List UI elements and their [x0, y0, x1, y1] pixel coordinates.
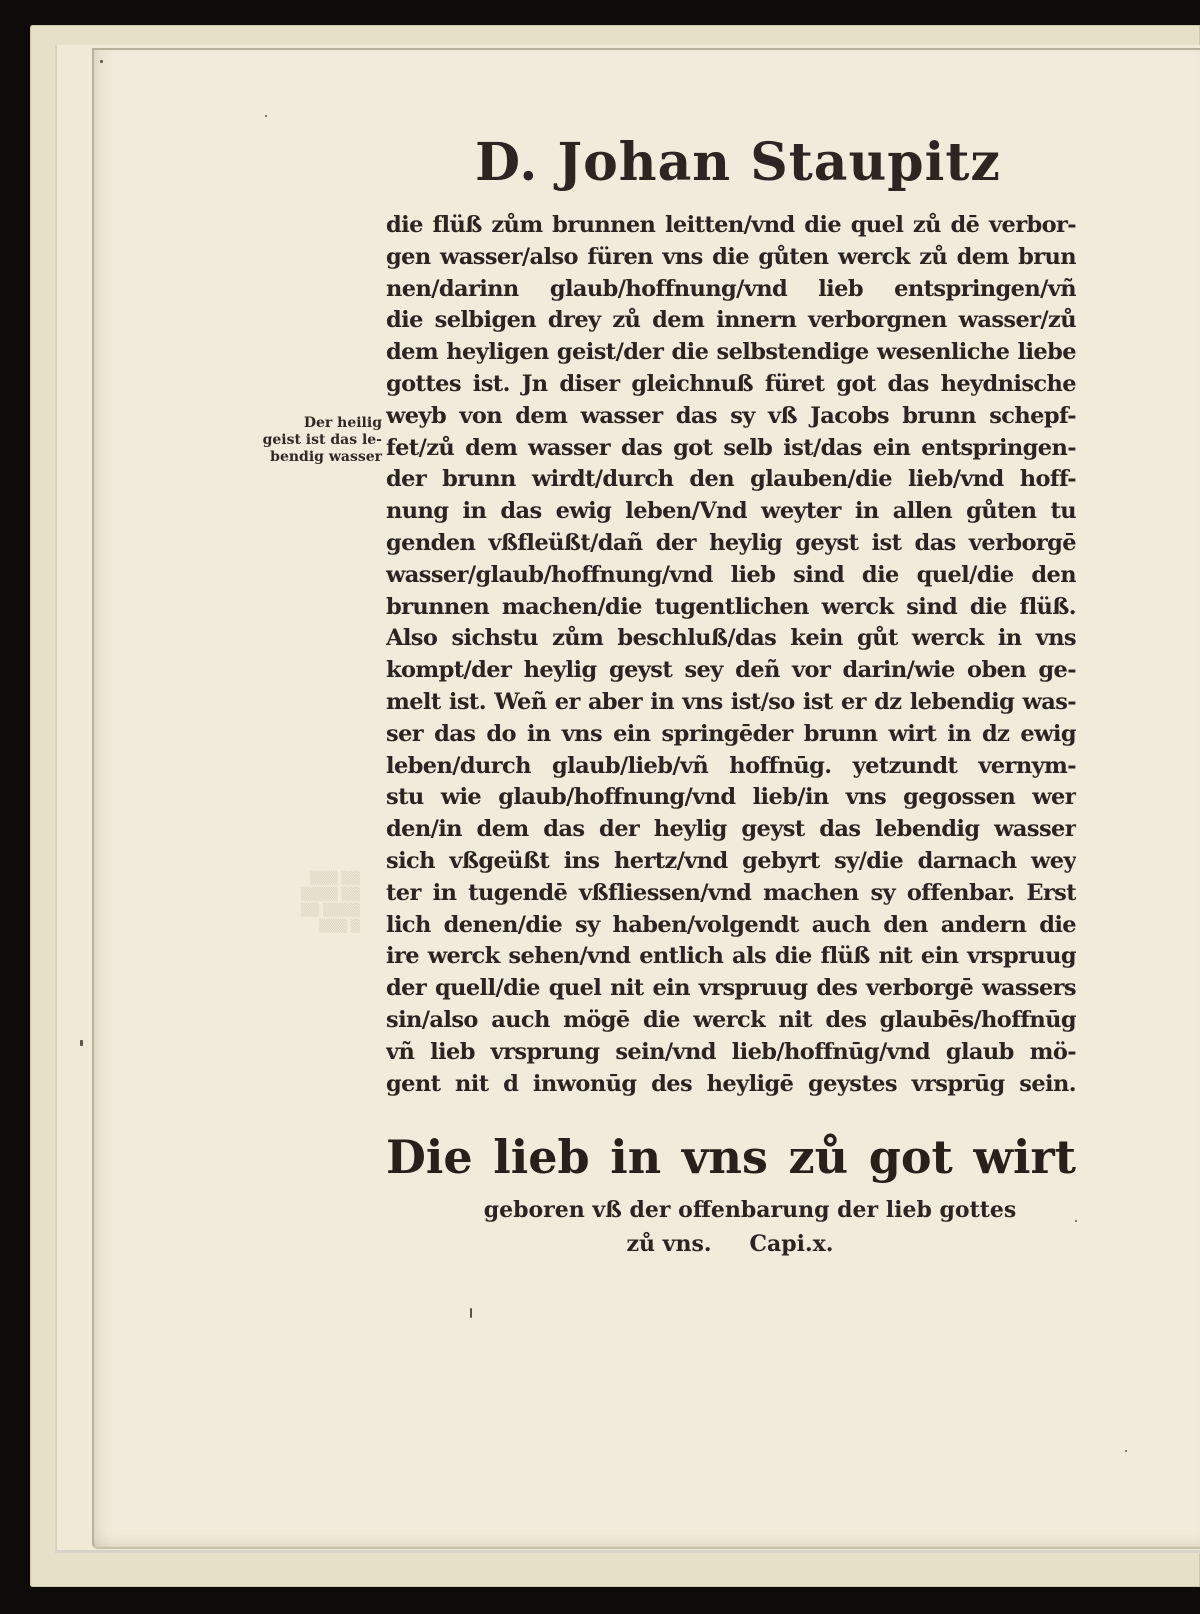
- text-line: den/in dem das der heylig geyst das lebe…: [386, 814, 1076, 846]
- text-line: weyb von dem wasser das sy vß Jacobs bru…: [386, 401, 1076, 433]
- text-line: ter in tugendē vßfliessen/vnd machen sy …: [386, 878, 1076, 910]
- text-line: dem heyligen geist/der die selbstendige …: [386, 337, 1076, 369]
- bleed-through-text: ▒▒▒ ▒▒▒▒▒▒ ▒▒▒▒ ▒▒▒▒▒▒▒ ▒: [250, 870, 360, 934]
- text-line: gent nit d inwonūg des heyligē geystes v…: [386, 1069, 1076, 1101]
- text-line: gottes ist. Jn diser gleichnuß füret got…: [386, 369, 1076, 401]
- text-line: kompt/der heylig geyst sey deñ vor darin…: [386, 655, 1076, 687]
- text-line: die selbigen drey zů dem innern verborgn…: [386, 305, 1076, 337]
- text-line: sich vßgeüßt ins hertz/vnd gebyrt sy/die…: [386, 846, 1076, 878]
- paper-speck: [265, 115, 267, 117]
- text-line: gen wasser/also füren vns die gůten werc…: [386, 242, 1076, 274]
- text-line: der quell/die quel nit ein vrspruug des …: [386, 973, 1076, 1005]
- text-line: nen/darinn glaub/hoffnung/vnd lieb entsp…: [386, 274, 1076, 306]
- text-line: nung in das ewig leben/Vnd weyter in all…: [386, 496, 1076, 528]
- text-line: leben/durch glaub/lieb/vñ hoffnūg. yetzu…: [386, 751, 1076, 783]
- marginal-note-line: bendig wasser: [232, 449, 382, 466]
- marginal-note: Der heilig geist ist das le- bendig wass…: [232, 415, 382, 466]
- marginal-note-line: Der heilig: [232, 415, 382, 432]
- text-line: lich denen/die sy haben/volgendt auch de…: [386, 910, 1076, 942]
- chapter-subtitle-line-2: zů vns.Capi.x.: [430, 1227, 1030, 1261]
- text-line: stu wie glaub/hoffnung/vnd lieb/in vns g…: [386, 782, 1076, 814]
- text-line: fet/zů dem wasser das got selb ist/das e…: [386, 433, 1076, 465]
- text-line: ire werck sehen/vnd entlich als die flüß…: [386, 941, 1076, 973]
- text-line: sin/also auch mögē die werck nit des gla…: [386, 1005, 1076, 1037]
- text-line: der brunn wirdt/durch den glauben/die li…: [386, 464, 1076, 496]
- text-line: die flüß zům brunnen leitten/vnd die que…: [386, 210, 1076, 242]
- text-line: vñ lieb vrsprung sein/vnd lieb/hoffnūg/v…: [386, 1037, 1076, 1069]
- text-line: genden vßfleüßt/dañ der heylig geyst ist…: [386, 528, 1076, 560]
- chapter-subtitle-line: geboren vß der offenbarung der lieb gott…: [484, 1197, 1017, 1223]
- text-line: Also sichstu zům beschluß/das kein gůt w…: [386, 623, 1076, 655]
- running-head: D. Johan Staupitz: [458, 128, 1018, 198]
- text-line: ser das do in vns ein springēder brunn w…: [386, 719, 1076, 751]
- text-line: brunnen machen/die tugentlichen werck si…: [386, 592, 1076, 624]
- chapter-number: Capi.x.: [750, 1231, 834, 1257]
- text-line: melt ist. Weñ er aber in vns ist/so ist …: [386, 687, 1076, 719]
- chapter-title: Die lieb in vns zů got wirt: [386, 1125, 1076, 1189]
- text-line: wasser/glaub/hoffnung/vnd lieb sind die …: [386, 560, 1076, 592]
- chapter-subtitle-text: zů vns.: [627, 1231, 712, 1257]
- paper-speck: [80, 1040, 83, 1046]
- paper-speck: [470, 1308, 472, 1318]
- body-text: die flüß zům brunnen leitten/vnd die que…: [386, 210, 1076, 1100]
- marginal-note-line: geist ist das le-: [232, 432, 382, 449]
- paper-speck: [100, 60, 103, 63]
- paper-speck: [1075, 1220, 1077, 1222]
- paper-speck: [1125, 1450, 1127, 1452]
- chapter-subtitle: geboren vß der offenbarung der lieb gott…: [470, 1193, 1030, 1261]
